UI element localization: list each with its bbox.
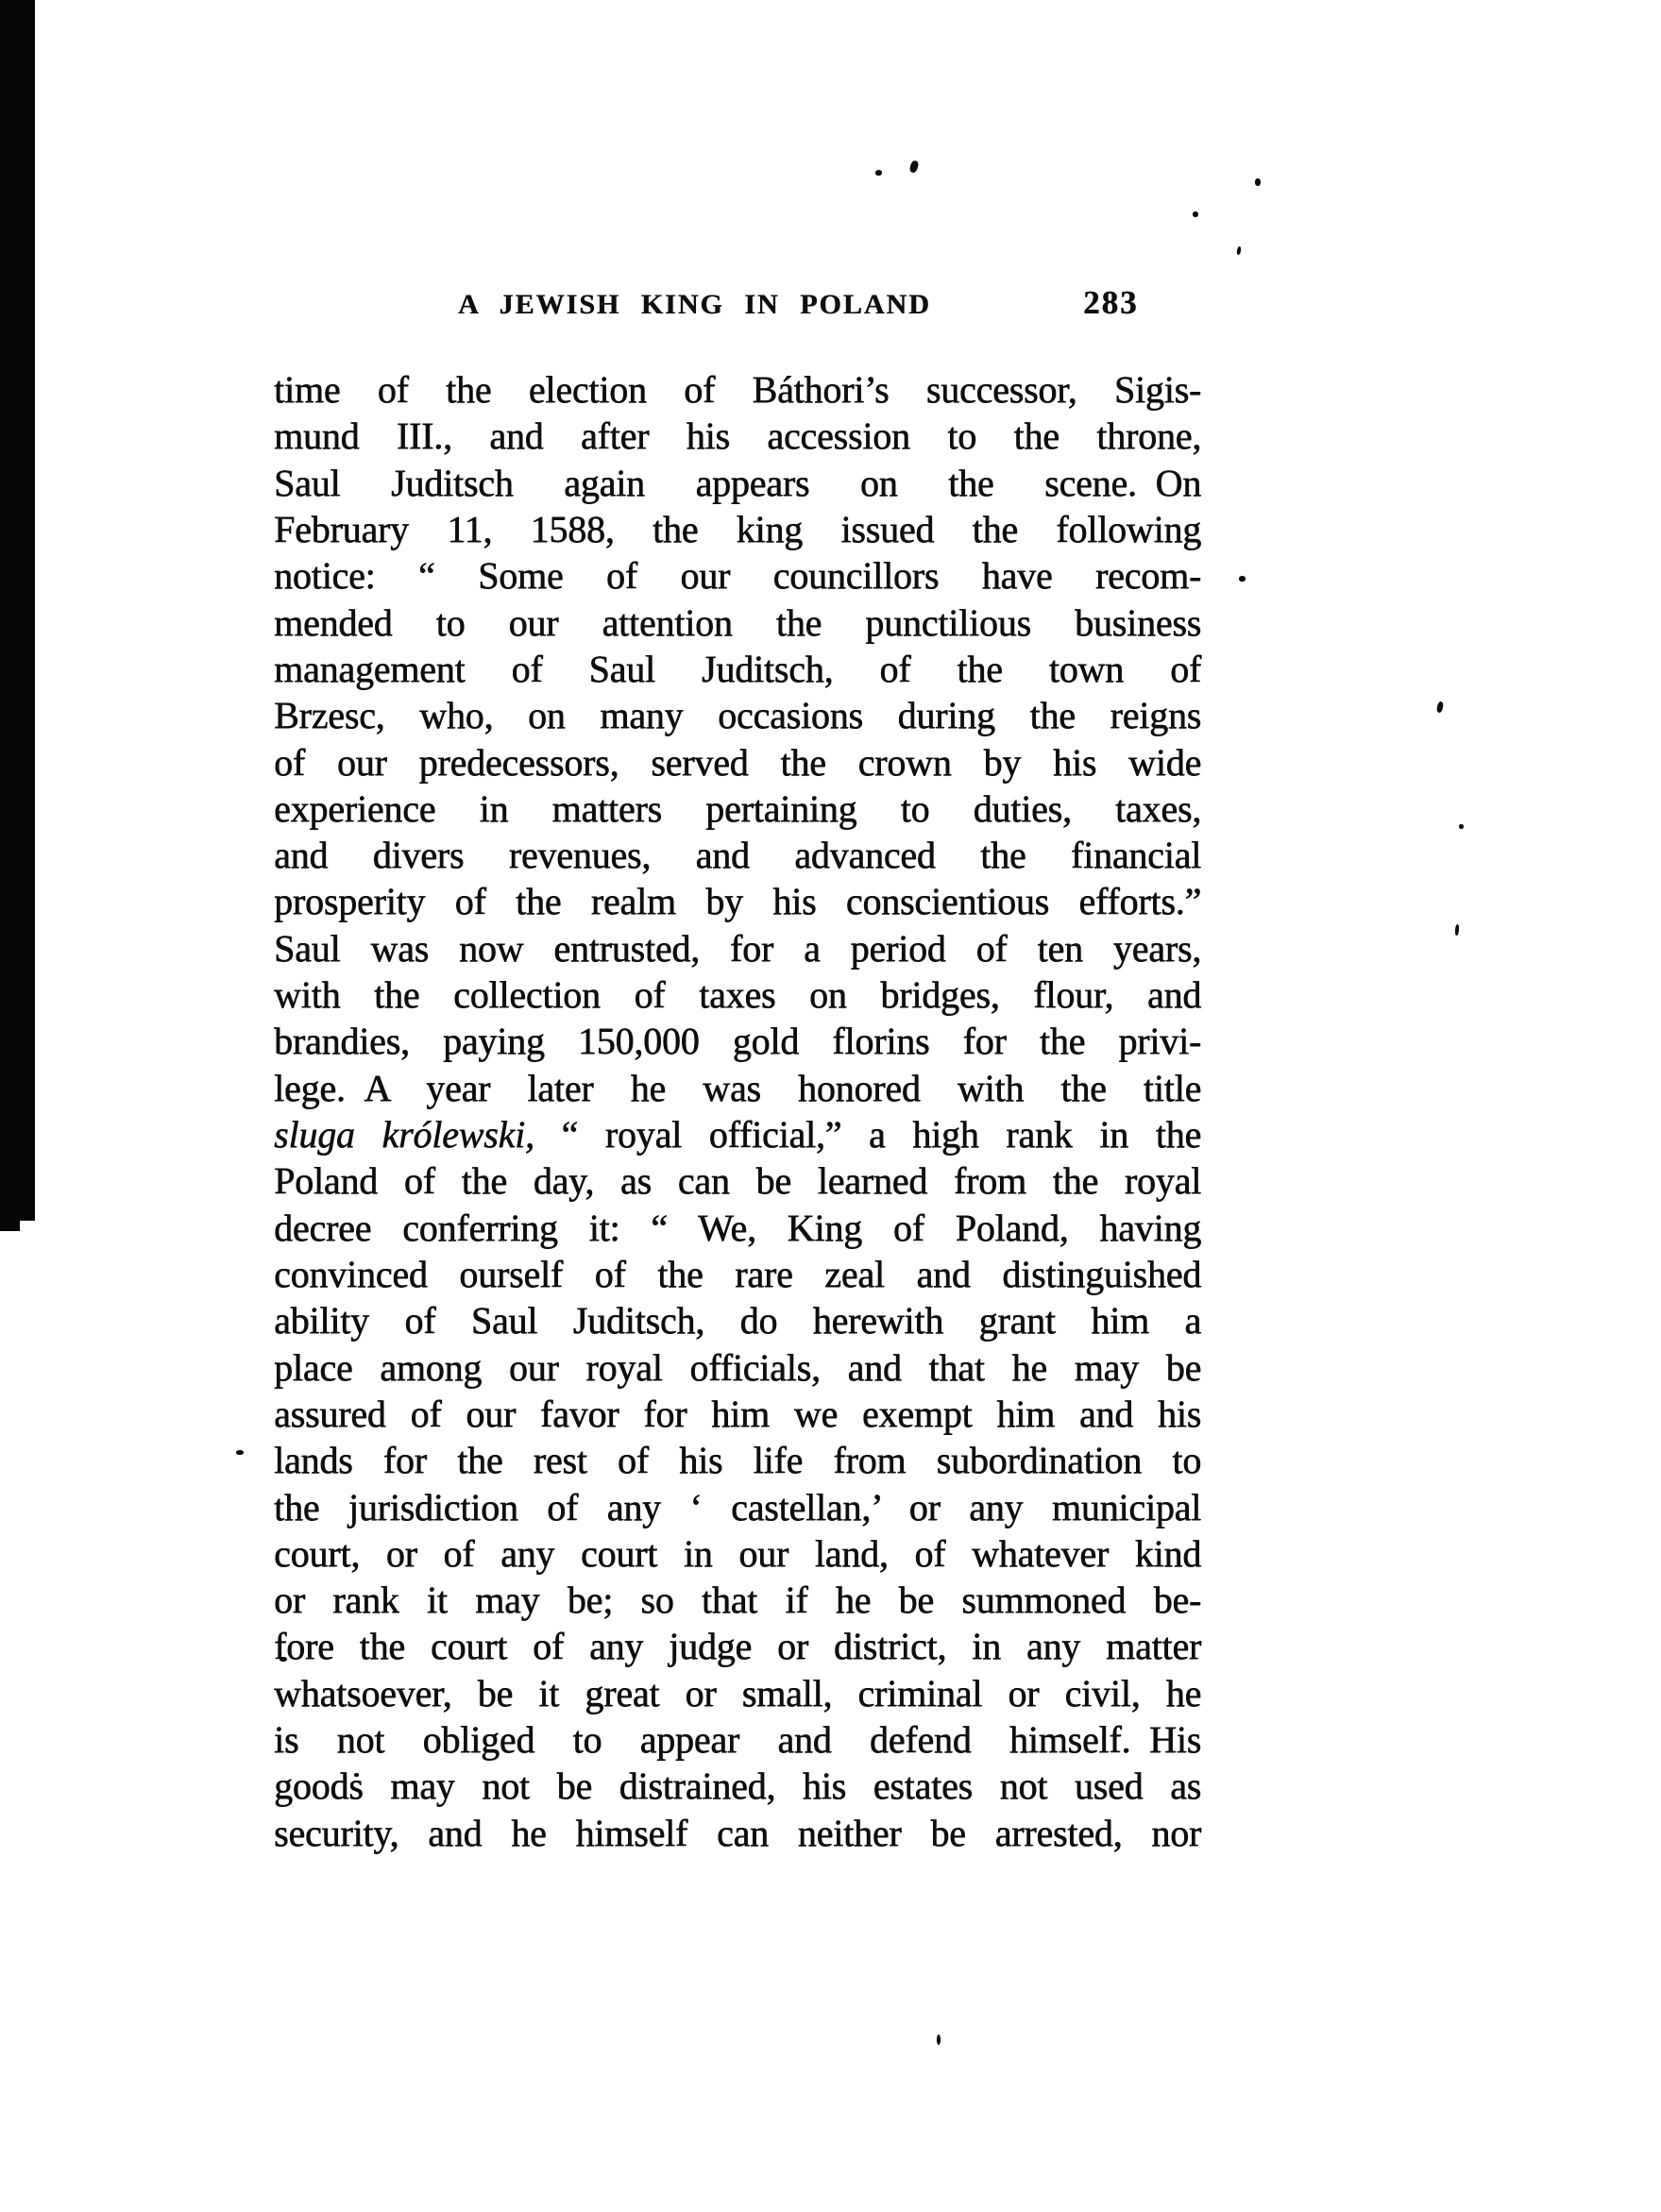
text-segment: Brzesc, who, on many occasions during th… xyxy=(274,694,1201,736)
text-segment: goods may not be distrained, his estates… xyxy=(274,1765,1201,1807)
text-line: brandies, paying 150,000 gold florins fo… xyxy=(274,1018,1201,1064)
text-line: mended to our attention the punctilious … xyxy=(274,599,1201,646)
text-segment: “ royal official,” a high rank in the xyxy=(534,1113,1201,1156)
text-segment: Poland of the day, as can be learned fro… xyxy=(274,1159,1201,1202)
text-line: is not obliged to appear and defend hims… xyxy=(274,1716,1201,1763)
text-line: with the collection of taxes on bridges,… xyxy=(274,971,1201,1018)
text-segment: mund III., and after his accession to th… xyxy=(274,414,1201,457)
text-line: convinced ourself of the rare zeal and d… xyxy=(274,1251,1201,1297)
text-segment: and divers revenues, and advanced the fi… xyxy=(274,834,1201,876)
text-line: place among our royal officials, and tha… xyxy=(274,1344,1201,1391)
scan-speck xyxy=(280,1657,287,1662)
text-line: whatsoever, be it great or small, crimin… xyxy=(274,1670,1201,1716)
text-segment: assured of our favor for him we exempt h… xyxy=(274,1393,1201,1435)
text-line: security, and he himself can neither be … xyxy=(274,1810,1201,1856)
text-segment: court, or of any court in our land, of w… xyxy=(274,1532,1201,1575)
text-segment: fore the court of any judge or district,… xyxy=(274,1625,1201,1667)
text-segment: notice: “ Some of our councillors have r… xyxy=(274,554,1201,597)
text-segment: ability of Saul Juditsch, do herewith gr… xyxy=(274,1299,1201,1342)
text-segment: mended to our attention the punctilious … xyxy=(274,601,1201,644)
scan-speck xyxy=(1236,246,1242,256)
text-segment: experience in matters pertaining to duti… xyxy=(274,787,1201,830)
text-segment: February 11, 1588, the king issued the f… xyxy=(274,508,1201,550)
text-segment: the jurisdiction of any ‘ castellan,’ or… xyxy=(274,1486,1201,1528)
text-line: time of the election of Báthori’s succes… xyxy=(274,366,1201,413)
text-line: lege. A year later he was honored with t… xyxy=(274,1065,1201,1111)
text-line: Saul Juditsch again appears on the scene… xyxy=(274,460,1201,506)
text-line: sluga królewski, “ royal official,” a hi… xyxy=(274,1111,1201,1157)
body-text-block: time of the election of Báthori’s succes… xyxy=(274,366,1201,1856)
text-segment: of our predecessors, served the crown by… xyxy=(274,741,1201,784)
text-segment: place among our royal officials, and tha… xyxy=(274,1346,1201,1389)
text-segment: prosperity of the realm by his conscient… xyxy=(274,880,1201,922)
text-segment: is not obliged to appear and defend hims… xyxy=(274,1718,1201,1761)
scan-speck xyxy=(908,160,920,174)
text-line: and divers revenues, and advanced the fi… xyxy=(274,832,1201,878)
text-segment: Saul Juditsch again appears on the scene… xyxy=(274,462,1201,504)
text-line: Poland of the day, as can be learned fro… xyxy=(274,1157,1201,1204)
scan-speck xyxy=(1454,924,1459,936)
text-segment: security, and he himself can neither be … xyxy=(274,1812,1201,1854)
running-header-title: A JEWISH KING IN POLAND xyxy=(458,289,931,321)
scan-gutter-shadow-end xyxy=(0,1221,20,1231)
scanned-book-page: A JEWISH KING IN POLAND 283 time of the … xyxy=(0,0,1661,2212)
scan-gutter-shadow xyxy=(0,0,35,1221)
text-line: experience in matters pertaining to duti… xyxy=(274,785,1201,832)
text-segment: Saul was now entrusted, for a period of … xyxy=(274,927,1201,970)
text-line: prosperity of the realm by his conscient… xyxy=(274,878,1201,924)
scan-speck xyxy=(236,1450,244,1455)
text-segment: lege. A year later he was honored with t… xyxy=(274,1067,1201,1109)
text-line: assured of our favor for him we exempt h… xyxy=(274,1391,1201,1437)
text-line: the jurisdiction of any ‘ castellan,’ or… xyxy=(274,1484,1201,1530)
text-segment: lands for the rest of his life from subo… xyxy=(274,1439,1201,1481)
text-segment: management of Saul Juditsch, of the town… xyxy=(274,648,1201,690)
text-line: fore the court of any judge or district,… xyxy=(274,1623,1201,1669)
scan-speck xyxy=(354,1773,359,1777)
text-line: notice: “ Some of our councillors have r… xyxy=(274,552,1201,599)
text-line: Saul was now entrusted, for a period of … xyxy=(274,925,1201,971)
scan-speck xyxy=(875,170,882,176)
scan-speck xyxy=(1436,701,1444,714)
text-line: mund III., and after his accession to th… xyxy=(274,413,1201,459)
italic-phrase: sluga królewski, xyxy=(274,1113,534,1156)
text-segment: decree conferring it: “ We, King of Pola… xyxy=(274,1207,1201,1249)
text-line: management of Saul Juditsch, of the town… xyxy=(274,646,1201,692)
text-line: of our predecessors, served the crown by… xyxy=(274,739,1201,785)
page-number: 283 xyxy=(1083,284,1139,322)
text-line: February 11, 1588, the king issued the f… xyxy=(274,506,1201,552)
text-line: decree conferring it: “ We, King of Pola… xyxy=(274,1205,1201,1251)
text-segment: with the collection of taxes on bridges,… xyxy=(274,973,1201,1016)
text-line: lands for the rest of his life from subo… xyxy=(274,1437,1201,1483)
text-line: goods may not be distrained, his estates… xyxy=(274,1763,1201,1809)
scan-speck xyxy=(1459,824,1464,829)
text-segment: brandies, paying 150,000 gold florins fo… xyxy=(274,1020,1201,1062)
text-segment: time of the election of Báthori’s succes… xyxy=(274,368,1201,411)
scan-speck xyxy=(1239,576,1246,582)
text-line: ability of Saul Juditsch, do herewith gr… xyxy=(274,1297,1201,1343)
text-segment: or rank it may be; so that if he be summ… xyxy=(274,1579,1201,1621)
scan-speck xyxy=(937,2035,941,2045)
text-segment: whatsoever, be it great or small, crimin… xyxy=(274,1672,1201,1714)
text-line: or rank it may be; so that if he be summ… xyxy=(274,1577,1201,1623)
scan-speck xyxy=(1193,211,1198,217)
text-line: court, or of any court in our land, of w… xyxy=(274,1530,1201,1577)
scan-speck xyxy=(1255,178,1261,186)
text-line: Brzesc, who, on many occasions during th… xyxy=(274,692,1201,738)
text-segment: convinced ourself of the rare zeal and d… xyxy=(274,1253,1201,1295)
